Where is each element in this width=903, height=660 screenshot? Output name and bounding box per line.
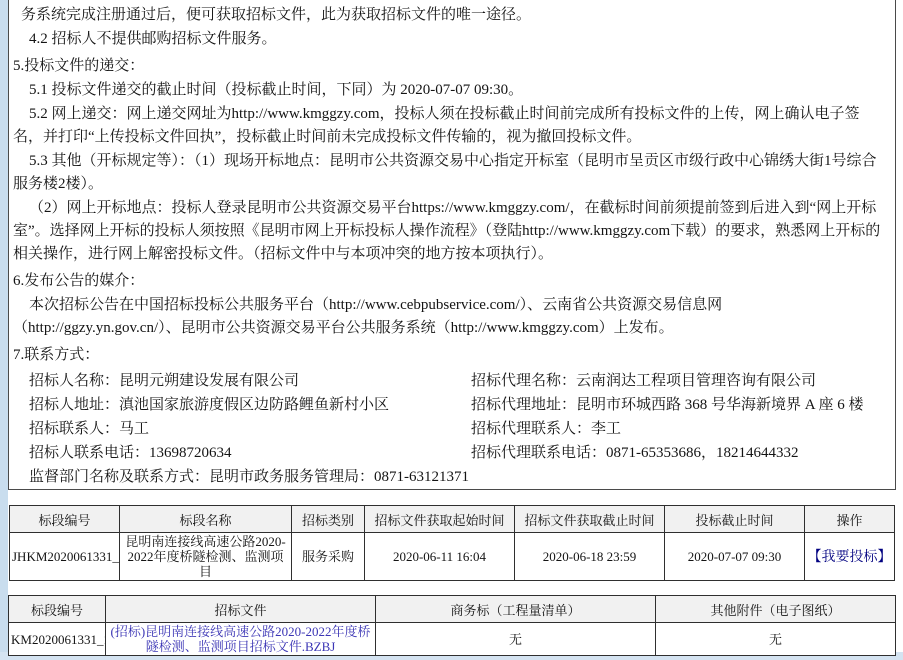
- announcement-paragraph: 务系统完成注册通过后，便可获取招标文件，此为获取招标文件的唯一途径。: [13, 4, 889, 27]
- cell-business-bid: 无: [376, 623, 656, 656]
- tenderer-address: 招标人地址：滇池国家旅游度假区边防路鲤鱼新村小区: [29, 393, 471, 417]
- col-header-doc-obtain-end: 招标文件获取截止时间: [515, 506, 665, 533]
- bid-table-row: JHKM2020061331_1 昆明南连接线高速公路2020-2022年度桥隧…: [10, 533, 895, 581]
- col-header-bid-deadline: 投标截止时间: [665, 506, 805, 533]
- tender-file-download-link[interactable]: (招标)昆明南连接线高速公路2020-2022年度桥隧检测、监测项目招标文件.B…: [111, 624, 371, 654]
- cell-section-no: JHKM2020061331_1: [10, 533, 120, 581]
- section-heading-7: 7.联系方式：: [13, 344, 889, 367]
- page-left-margin-strip: [0, 0, 8, 660]
- cell-doc-obtain-end: 2020-06-18 23:59: [515, 533, 665, 581]
- cell-doc-obtain-start: 2020-06-11 16:04: [365, 533, 515, 581]
- tenderer-name: 招标人名称：昆明元朔建设发展有限公司: [29, 369, 471, 393]
- agency-name: 招标代理名称：云南润达工程项目管理咨询有限公司: [471, 369, 889, 393]
- col-header-section-no: 标段编号: [10, 506, 120, 533]
- col-header-section-name: 标段名称: [120, 506, 292, 533]
- announcement-paragraph: 5.1 投标文件递交的截止时间（投标截止时间，下同）为 2020-07-07 0…: [13, 79, 889, 102]
- cell-other-attachment: 无: [656, 623, 896, 656]
- announcement-paragraph: 5.3 其他（开标规定等）：（1）现场开标地点：昆明市公共资源交易中心指定开标室…: [13, 150, 889, 196]
- file-table-header-row: 标段编号 招标文件 商务标（工程量清单） 其他附件（电子图纸）: [9, 596, 896, 623]
- supervisor-department-info: 监督部门名称及联系方式：昆明市政务服务管理局：0871-63121371: [29, 466, 889, 489]
- agency-phone: 招标代理联系电话：0871-65353686，18214644332: [471, 441, 889, 465]
- col-header-tender-file: 招标文件: [106, 596, 376, 623]
- section-heading-6: 6.发布公告的媒介：: [13, 270, 889, 293]
- cell-section-no: KM2020061331_1: [9, 623, 106, 656]
- col-header-other-attachment: 其他附件（电子图纸）: [656, 596, 896, 623]
- want-to-bid-link[interactable]: 【我要投标】: [808, 550, 892, 565]
- tenderer-contact-person: 招标联系人：马工: [29, 417, 471, 441]
- col-header-category: 招标类别: [292, 506, 365, 533]
- announcement-paragraph: 4.2 招标人不提供邮购招标文件服务。: [13, 28, 889, 51]
- col-header-doc-obtain-start: 招标文件获取起始时间: [365, 506, 515, 533]
- agency-contact-person: 招标代理联系人：李工: [471, 417, 889, 441]
- tender-announcement-panel: 务系统完成注册通过后，便可获取招标文件，此为获取招标文件的唯一途径。 4.2 招…: [8, 0, 896, 490]
- announcement-paragraph: 本次招标公告在中国招标投标公共服务平台（http://www.cebpubser…: [13, 294, 889, 340]
- cell-bid-deadline: 2020-07-07 09:30: [665, 533, 805, 581]
- col-header-action: 操作: [805, 506, 895, 533]
- cell-category: 服务采购: [292, 533, 365, 581]
- col-header-business-bid: 商务标（工程量清单）: [376, 596, 656, 623]
- cell-action: 【我要投标】: [805, 533, 895, 581]
- contact-info-block: 招标人名称：昆明元朔建设发展有限公司 招标人地址：滇池国家旅游度假区边防路鲤鱼新…: [29, 369, 889, 465]
- agency-contact-column: 招标代理名称：云南润达工程项目管理咨询有限公司 招标代理地址：昆明市环城西路 3…: [471, 369, 889, 465]
- tenderer-contact-column: 招标人名称：昆明元朔建设发展有限公司 招标人地址：滇池国家旅游度假区边防路鲤鱼新…: [29, 369, 471, 465]
- announcement-paragraph: （2）网上开标地点：投标人登录昆明市公共资源交易平台https://www.km…: [13, 197, 889, 266]
- agency-address: 招标代理地址：昆明市环城西路 368 号华海新境界 A 座 6 楼: [471, 393, 889, 417]
- col-header-section-no: 标段编号: [9, 596, 106, 623]
- section-heading-5: 5.投标文件的递交：: [13, 55, 889, 78]
- file-table-row: KM2020061331_1 (招标)昆明南连接线高速公路2020-2022年度…: [9, 623, 896, 656]
- cell-section-name: 昆明南连接线高速公路2020-2022年度桥隧检测、监测项目: [120, 533, 292, 581]
- bid-table-header-row: 标段编号 标段名称 招标类别 招标文件获取起始时间 招标文件获取截止时间 投标截…: [10, 506, 895, 533]
- tender-file-table: 标段编号 招标文件 商务标（工程量清单） 其他附件（电子图纸） KM202006…: [8, 595, 896, 656]
- tenderer-phone: 招标人联系电话：13698720634: [29, 441, 471, 465]
- bid-section-table: 标段编号 标段名称 招标类别 招标文件获取起始时间 招标文件获取截止时间 投标截…: [9, 505, 895, 581]
- announcement-paragraph: 5.2 网上递交：网上递交网址为http://www.kmggzy.com，投标…: [13, 103, 889, 149]
- cell-tender-file: (招标)昆明南连接线高速公路2020-2022年度桥隧检测、监测项目招标文件.B…: [106, 623, 376, 656]
